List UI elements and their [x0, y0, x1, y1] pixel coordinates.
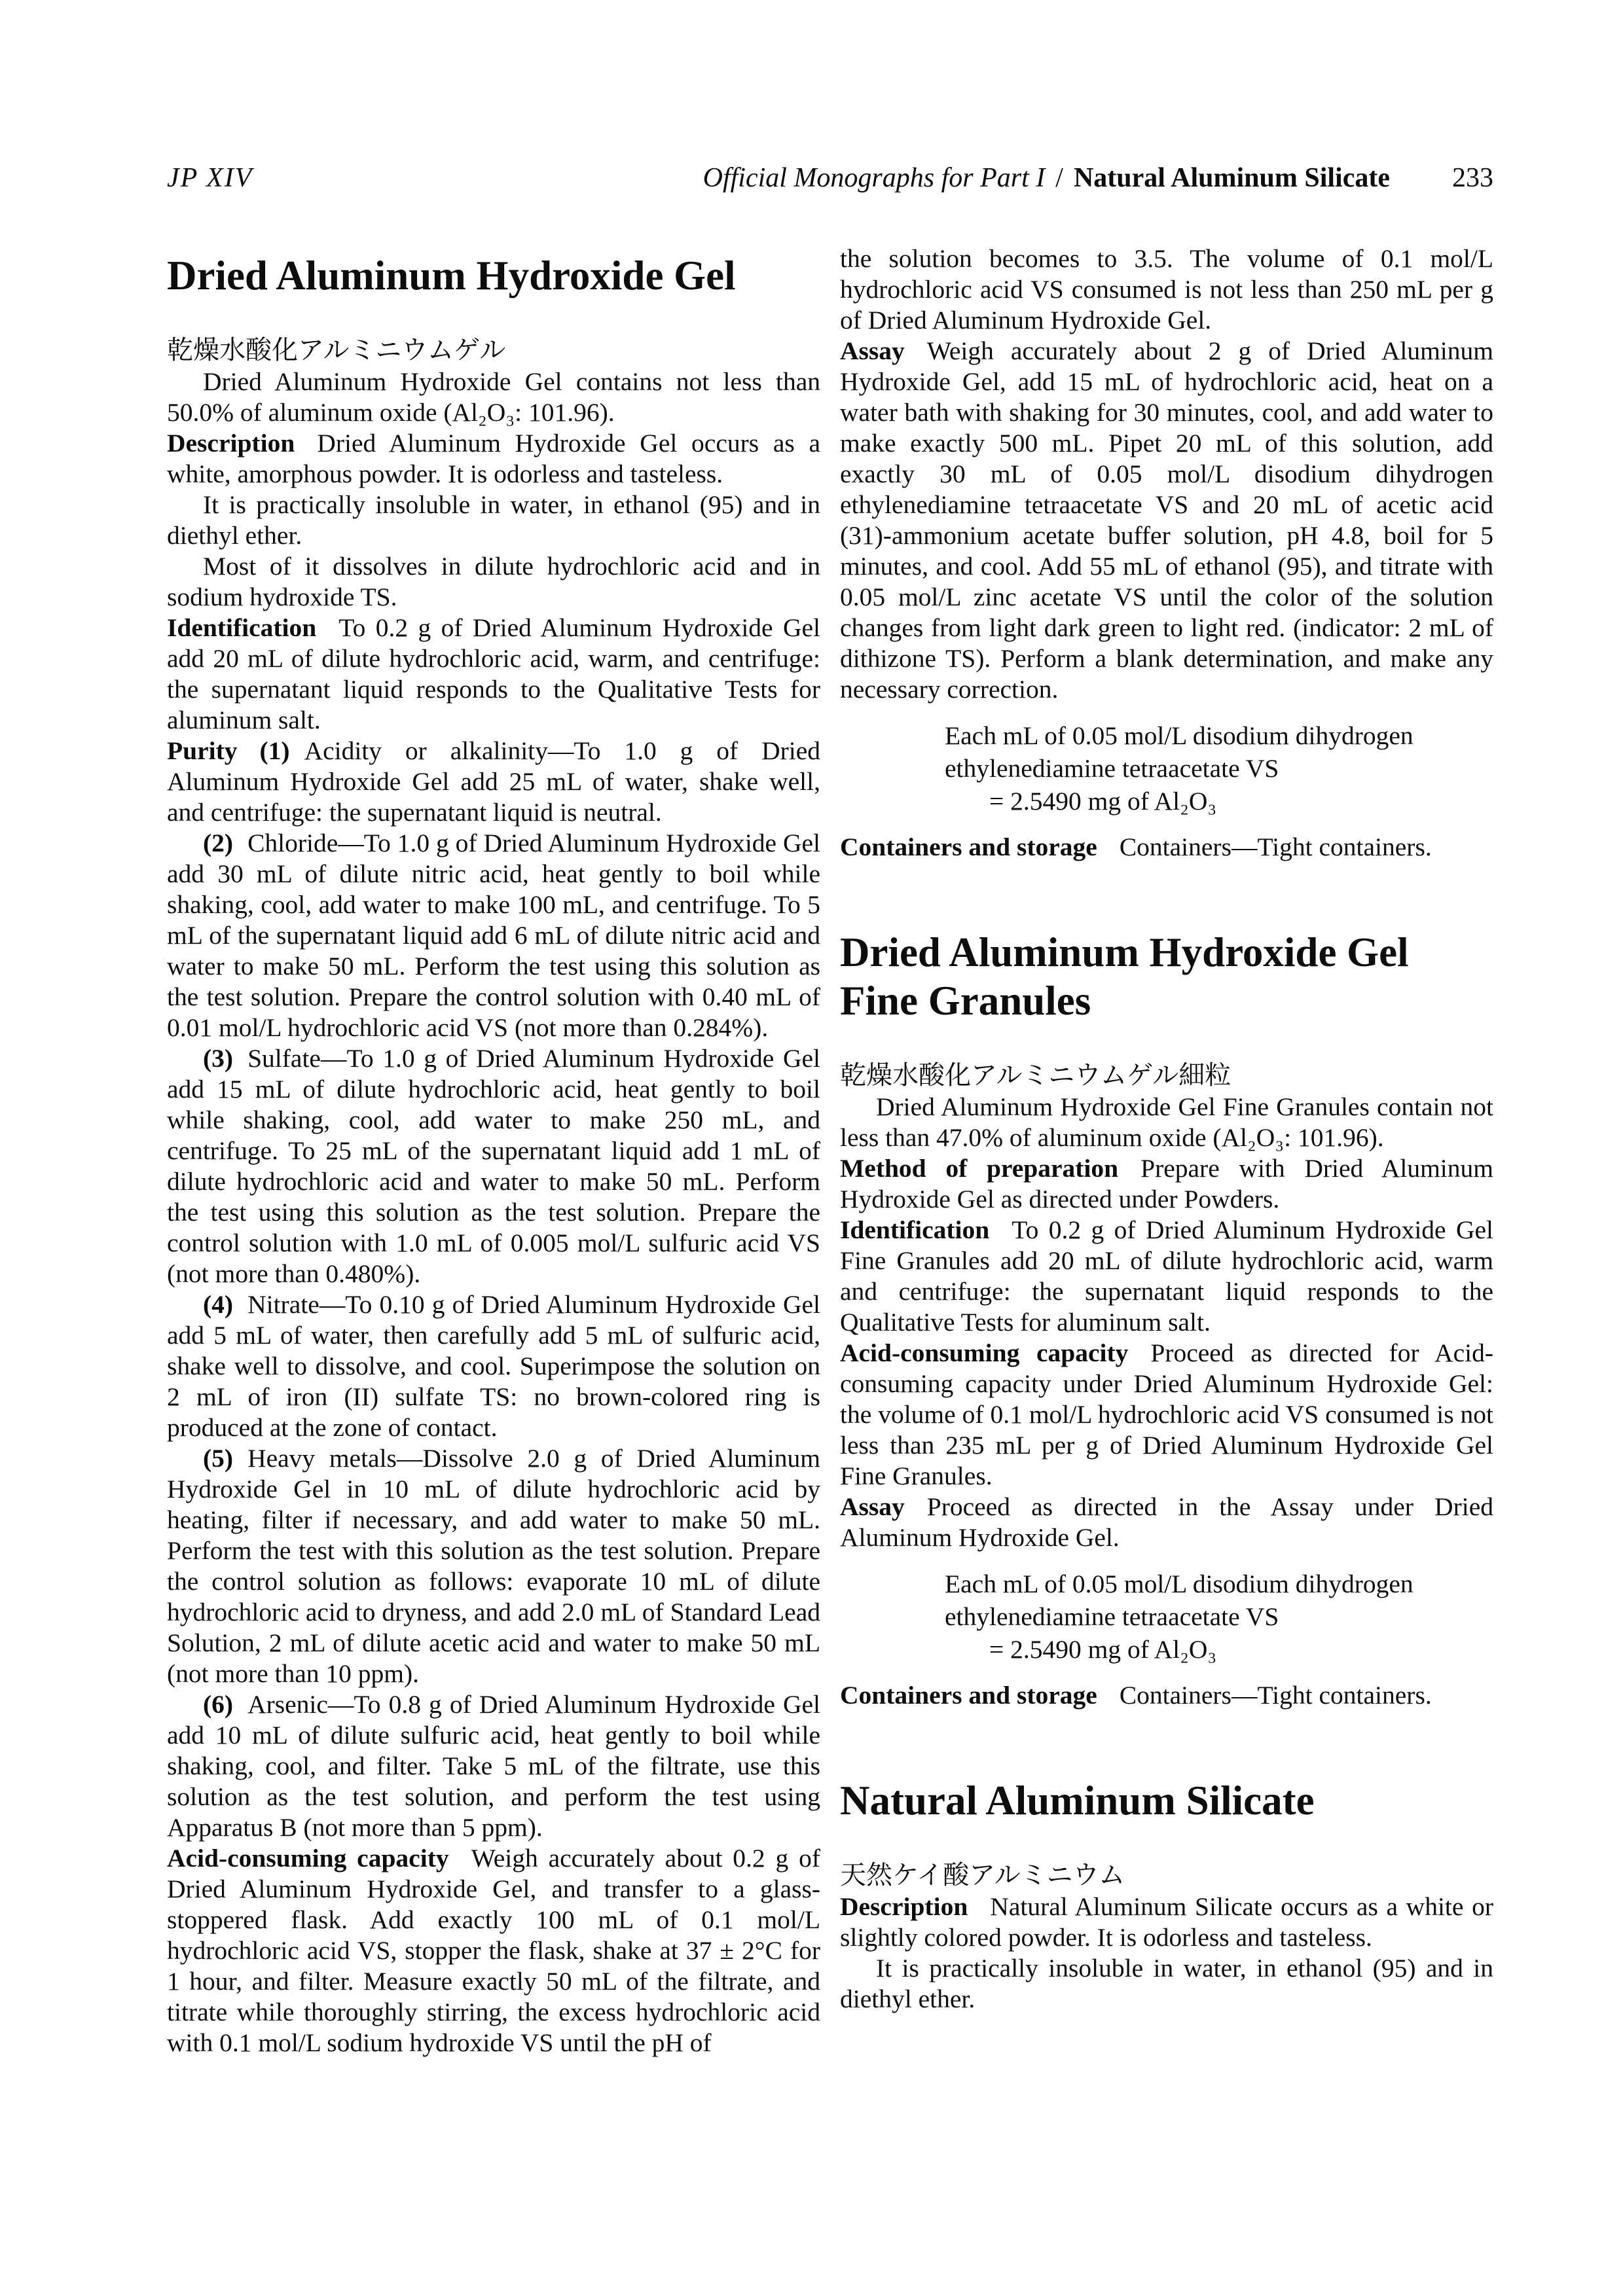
- running-title-separator: /: [1055, 163, 1063, 193]
- journal-edition-label: JP XIV: [167, 162, 253, 194]
- fine-granules-equivalence-line-3: = 2.5490 mg of Al₂O₃: [989, 1633, 1493, 1666]
- purity-item-6-text: Arsenic—To 0.8 g of Dried Aluminum Hydro…: [167, 1690, 820, 1842]
- purity-section-item-4: (4)Nitrate—To 0.10 g of Dried Aluminum H…: [167, 1289, 820, 1443]
- purity-item-5-text: Heavy metals—Dissolve 2.0 g of Dried Alu…: [167, 1444, 820, 1688]
- acid-consuming-capacity-text: Weigh accurately about 0.2 g of Dried Al…: [167, 1844, 820, 2057]
- purity-item-4-number: (4): [203, 1290, 233, 1319]
- natural-silicate-description-section: DescriptionNatural Aluminum Silicate occ…: [840, 1892, 1493, 1953]
- description-paragraph-3: Most of it dissolves in dilute hydrochlo…: [167, 551, 820, 613]
- fine-granules-definition-paragraph: Dried Aluminum Hydroxide Gel Fine Granul…: [840, 1092, 1493, 1153]
- definition-paragraph: Dried Aluminum Hydroxide Gel contains no…: [167, 367, 820, 428]
- identification-label: Identification: [167, 613, 316, 642]
- fine-granules-acid-consuming-section: Acid-consuming capacityProceed as direct…: [840, 1338, 1493, 1492]
- purity-item-2-number: (2): [203, 829, 233, 857]
- equivalence-statement: Each mL of 0.05 mol/L disodium dihydroge…: [945, 719, 1493, 817]
- fine-granules-containers-storage-section: Containers and storageContainers—Tight c…: [840, 1680, 1493, 1711]
- purity-item-6-number: (6): [203, 1690, 233, 1719]
- method-of-preparation-label: Method of preparation: [840, 1154, 1118, 1183]
- fine-granules-identification-section: IdentificationTo 0.2 g of Dried Aluminum…: [840, 1215, 1493, 1338]
- monograph-title-dried-gel: Dried Aluminum Hydroxide Gel: [167, 251, 820, 300]
- acid-consuming-capacity-label: Acid-consuming capacity: [167, 1844, 449, 1873]
- fine-granules-equivalence-line-2: ethylenediamine tetraacetate VS: [945, 1600, 1493, 1633]
- purity-section-item-3: (3)Sulfate—To 1.0 g of Dried Aluminum Hy…: [167, 1043, 820, 1289]
- monograph-subtitle-ja-fine-granules: 乾燥水酸化アルミニウムゲル細粒: [840, 1059, 1493, 1092]
- running-title-monograph: Natural Aluminum Silicate: [1074, 163, 1390, 193]
- monograph-subtitle-ja-dried-gel: 乾燥水酸化アルミニウムゲル: [167, 334, 820, 367]
- assay-text: Weigh accurately about 2 g of Dried Alum…: [840, 336, 1493, 704]
- fine-granules-assay-section: AssayProceed as directed in the Assay un…: [840, 1492, 1493, 1553]
- purity-item-4-text: Nitrate—To 0.10 g of Dried Aluminum Hydr…: [167, 1290, 820, 1442]
- description-label: Description: [167, 429, 295, 457]
- monograph-subtitle-ja-natural-silicate: 天然ケイ酸アルミニウム: [840, 1859, 1493, 1892]
- assay-section: AssayWeigh accurately about 2 g of Dried…: [840, 336, 1493, 705]
- purity-item-1-number: (1): [260, 736, 290, 765]
- fine-granules-equivalence-line-1: Each mL of 0.05 mol/L disodium dihydroge…: [945, 1568, 1493, 1600]
- containers-storage-text: Containers—Tight containers.: [1120, 833, 1432, 861]
- equivalence-line-1: Each mL of 0.05 mol/L disodium dihydroge…: [945, 719, 1493, 752]
- left-column: Dried Aluminum Hydroxide Gel 乾燥水酸化アルミニウム…: [167, 243, 820, 2058]
- purity-item-3-text: Sulfate—To 1.0 g of Dried Aluminum Hydro…: [167, 1044, 820, 1288]
- fine-granules-assay-label: Assay: [840, 1492, 905, 1521]
- acid-consuming-capacity-section: Acid-consuming capacityWeigh accurately …: [167, 1843, 820, 2058]
- purity-item-5-number: (5): [203, 1444, 233, 1473]
- monograph-page: JP XIV Official Monographs for Part I/Na…: [0, 0, 1623, 2296]
- equivalence-line-3: = 2.5490 mg of Al₂O₃: [989, 785, 1493, 817]
- equivalence-line-2: ethylenediamine tetraacetate VS: [945, 752, 1493, 785]
- purity-item-2-text: Chloride—To 1.0 g of Dried Aluminum Hydr…: [167, 829, 820, 1042]
- right-column: the solution becomes to 3.5. The volume …: [840, 243, 1493, 2015]
- method-of-preparation-section: Method of preparationPrepare with Dried …: [840, 1153, 1493, 1215]
- identification-section: IdentificationTo 0.2 g of Dried Aluminum…: [167, 613, 820, 736]
- assay-label: Assay: [840, 336, 905, 365]
- monograph-title-fine-granules-line1: Dried Aluminum Hydroxide Gel: [840, 928, 1493, 977]
- page-header: JP XIV Official Monographs for Part I/Na…: [167, 162, 1493, 194]
- containers-storage-label: Containers and storage: [840, 833, 1097, 861]
- monograph-title-natural-silicate: Natural Aluminum Silicate: [840, 1776, 1493, 1825]
- purity-section-item-2: (2)Chloride—To 1.0 g of Dried Aluminum H…: [167, 828, 820, 1043]
- fine-granules-assay-text: Proceed as directed in the Assay under D…: [840, 1492, 1493, 1552]
- fine-granules-acid-consuming-label: Acid-consuming capacity: [840, 1338, 1128, 1367]
- containers-storage-section: Containers and storageContainers—Tight c…: [840, 832, 1493, 863]
- running-title: Official Monographs for Part I/Natural A…: [703, 162, 1390, 194]
- natural-silicate-description-label: Description: [840, 1892, 968, 1921]
- purity-section-item-1: Purity(1)Acidity or alkalinity—To 1.0 g …: [167, 736, 820, 828]
- description-section: DescriptionDried Aluminum Hydroxide Gel …: [167, 428, 820, 490]
- natural-silicate-description-paragraph-2: It is practically insoluble in water, in…: [840, 1953, 1493, 2015]
- fine-granules-containers-storage-label: Containers and storage: [840, 1681, 1097, 1710]
- fine-granules-equivalence-statement: Each mL of 0.05 mol/L disodium dihydroge…: [945, 1568, 1493, 1666]
- monograph-title-fine-granules-line2: Fine Granules: [840, 977, 1493, 1025]
- fine-granules-containers-storage-text: Containers—Tight containers.: [1120, 1681, 1432, 1710]
- description-paragraph-2: It is practically insoluble in water, in…: [167, 490, 820, 551]
- purity-label: Purity: [167, 736, 238, 765]
- fine-granules-identification-label: Identification: [840, 1215, 989, 1244]
- running-title-section: Official Monographs for Part I: [703, 163, 1046, 193]
- purity-section-item-6: (6)Arsenic—To 0.8 g of Dried Aluminum Hy…: [167, 1689, 820, 1843]
- page-number: 233: [1452, 162, 1493, 194]
- acid-consuming-continuation-paragraph: the solution becomes to 3.5. The volume …: [840, 243, 1493, 336]
- purity-item-3-number: (3): [203, 1044, 233, 1073]
- purity-section-item-5: (5)Heavy metals—Dissolve 2.0 g of Dried …: [167, 1443, 820, 1689]
